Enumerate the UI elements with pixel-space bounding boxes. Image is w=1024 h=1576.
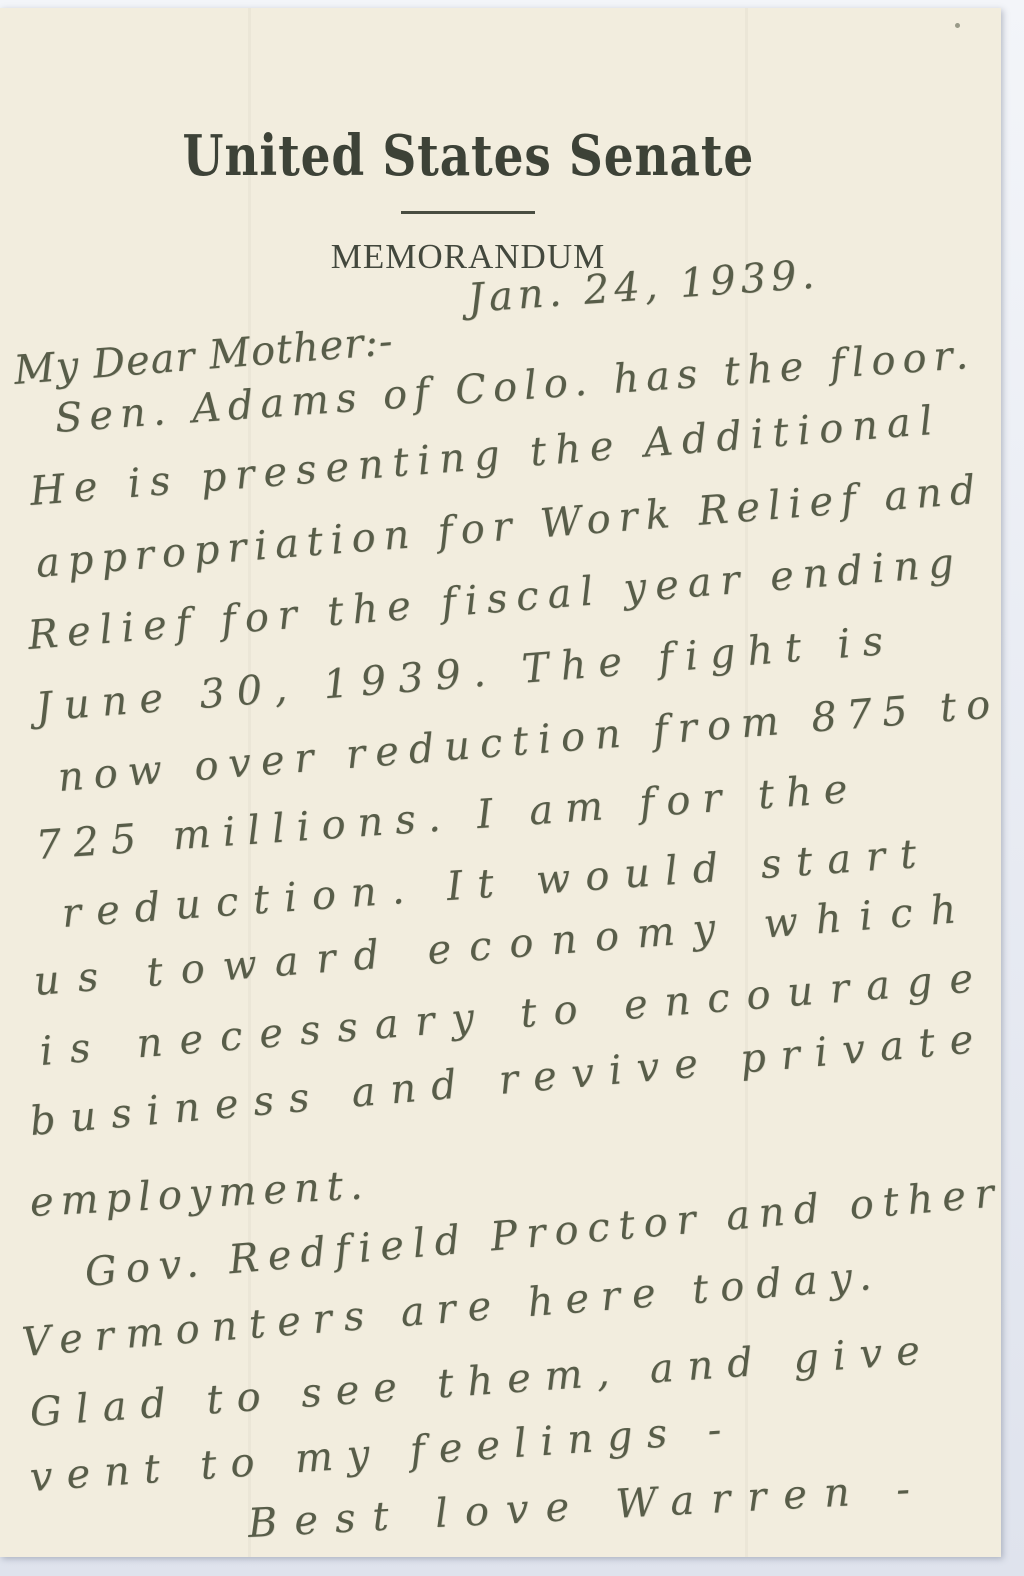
letterhead: United States Senate MEMORANDUM bbox=[0, 8, 936, 274]
handwritten-line: employment. bbox=[29, 1162, 371, 1226]
letterhead-divider bbox=[401, 211, 535, 214]
letterhead-title: United States Senate bbox=[182, 128, 754, 184]
paper-speck bbox=[955, 23, 960, 28]
letterhead-title-wrap: United States Senate bbox=[0, 8, 936, 184]
scan-background: United States Senate MEMORANDUM Jan. 24,… bbox=[0, 0, 1024, 1576]
memo-paper: United States Senate MEMORANDUM Jan. 24,… bbox=[0, 8, 1001, 1557]
